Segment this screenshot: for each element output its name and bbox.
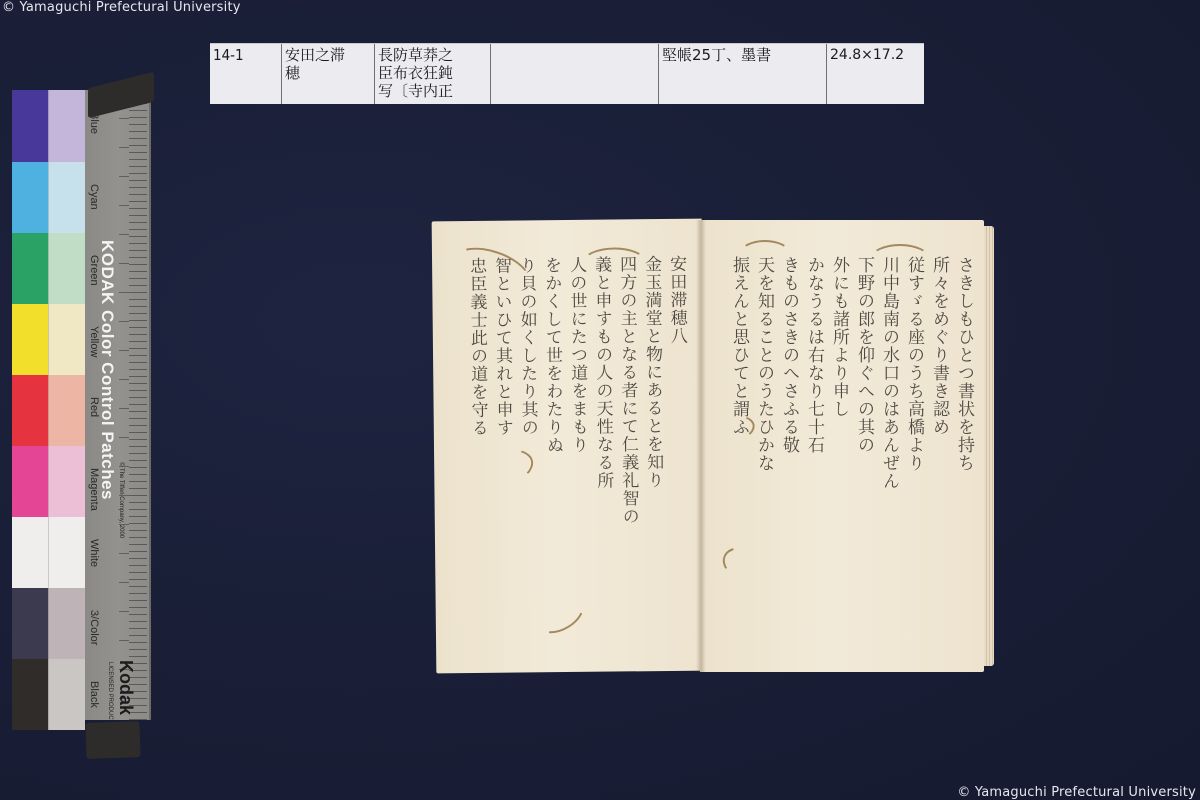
patch-light: [48, 659, 85, 730]
left-page: 安田滞穂八金玉満堂と物にあるとを知り四方の主となる者にて仁義礼智の義と申すもの人…: [432, 219, 707, 674]
manuscript-line: 従すゞる座のうち高橋より: [901, 256, 926, 656]
patch-dark: [12, 375, 48, 446]
label-cell-dimensions: 24.8×17.2: [827, 44, 924, 104]
label-cell-empty: [491, 44, 659, 104]
color-patch-cyan: [12, 162, 85, 233]
label-text: 安田之滞: [285, 46, 371, 64]
manuscript-book: さきしもひとつ書状を持ち所々をめぐり書き認め従すゞる座のうち高橋より川中島南の水…: [434, 220, 990, 672]
patch-light: [48, 90, 85, 162]
kodak-title: KODAK Color Control Patches: [97, 240, 117, 500]
manuscript-line: 天を知ることのうたひかな: [751, 256, 776, 656]
color-patch-yellow: [12, 304, 85, 375]
patch-light: [48, 517, 85, 588]
manuscript-line: 下野の郎を仰ぐへの其の: [851, 256, 876, 656]
patch-light: [48, 304, 85, 375]
label-cell-author: 安田之滞 穂: [282, 44, 375, 104]
label-text: 写〔寺内正: [378, 82, 487, 100]
patch-light: [48, 162, 85, 233]
patch-dark: [12, 446, 48, 517]
manuscript-line: 安田滞穂八: [663, 255, 692, 655]
patch-label: 3/Color: [88, 610, 100, 645]
label-text: 臣布衣狂鈍: [378, 64, 487, 82]
kodak-color-control-strip: BlueCyanGreenYellowRedMagentaWhite3/Colo…: [12, 90, 152, 720]
kodak-logo: Kodak: [115, 660, 136, 715]
manuscript-line: をかくして世をわたりぬ: [538, 256, 567, 656]
color-patch-magenta: [12, 446, 85, 517]
patch-label: Cyan: [88, 184, 100, 210]
label-cell-title: 長防草莽之 臣布衣狂鈍 写〔寺内正: [375, 44, 491, 104]
ruler-ticks-major: [119, 90, 129, 720]
patch-light: [48, 375, 85, 446]
patch-light: [48, 588, 85, 659]
ruler-edge: [149, 90, 151, 720]
ruler-ticks: [129, 90, 147, 720]
patch-light: [48, 233, 85, 304]
manuscript-line: 外にも諸所より申し: [826, 256, 851, 656]
patch-dark: [12, 162, 48, 233]
color-patch-blue: [12, 90, 85, 162]
patch-dark: [12, 659, 48, 730]
label-text: 長防草莽之: [378, 46, 487, 64]
patch-dark: [12, 517, 48, 588]
patch-dark: [12, 588, 48, 659]
label-cell-id: 14-1: [210, 44, 282, 104]
manuscript-line: 金玉満堂と物にあるとを知り: [638, 255, 667, 655]
patch-dark: [12, 90, 48, 162]
manuscript-line: 義と申すもの人の天性なる所: [588, 256, 617, 656]
right-page-text: さきしもひとつ書状を持ち所々をめぐり書き認め従すゞる座のうち高橋より川中島南の水…: [726, 256, 976, 656]
licensed-product: LICENSED PRODUCT: [107, 662, 113, 723]
manuscript-line: かなうるは右なり七十石: [801, 256, 826, 656]
page-edges: [984, 226, 994, 666]
catalog-label: 14-1 安田之滞 穂 長防草莽之 臣布衣狂鈍 写〔寺内正 堅帳25丁、墨書 2…: [210, 43, 924, 104]
patch-dark: [12, 233, 48, 304]
wormhole-damage: [740, 240, 790, 266]
manuscript-line: きものさきのへさふる敬: [776, 256, 801, 656]
copyright-watermark-bottom: © Yamaguchi Prefectural University: [957, 785, 1196, 800]
right-page: さきしもひとつ書状を持ち所々をめぐり書き認め従すゞる座のうち高橋より川中島南の水…: [700, 220, 984, 672]
label-text: 堅帳25丁、墨書: [662, 46, 823, 64]
book-gutter: [696, 220, 706, 672]
patch-label: Black: [88, 681, 100, 708]
manuscript-line: 四方の主となる者にて仁義礼智の: [613, 255, 642, 655]
patch-label: White: [88, 539, 100, 567]
label-text: 14-1: [213, 46, 278, 64]
color-patch-red: [12, 375, 85, 446]
color-patch-black: [12, 659, 85, 730]
ruler: BlueCyanGreenYellowRedMagentaWhite3/Colo…: [85, 90, 151, 720]
color-patch-white: [12, 517, 85, 588]
patch-dark: [12, 304, 48, 375]
manuscript-line: 所々をめぐり書き認め: [926, 256, 951, 656]
copyright-watermark-top: © Yamaguchi Prefectural University: [2, 0, 241, 15]
wormhole-damage: [870, 244, 930, 274]
manuscript-line: 川中島南の水口のはあんぜん: [876, 256, 901, 656]
label-text: 24.8×17.2: [830, 46, 921, 64]
color-patch-green: [12, 233, 85, 304]
color-patch-3-color: [12, 588, 85, 659]
tiffen-copyright: © The Tiffen Company, 2000: [118, 462, 124, 538]
label-text: 穂: [285, 64, 371, 82]
patch-light: [48, 446, 85, 517]
tape-bottom: [85, 721, 140, 759]
color-patches: [12, 90, 85, 720]
manuscript-line: さきしもひとつ書状を持ち: [951, 256, 976, 656]
label-cell-format: 堅帳25丁、墨書: [659, 44, 827, 104]
manuscript-line: 振えんと思ひてと謂ふ: [726, 256, 751, 656]
